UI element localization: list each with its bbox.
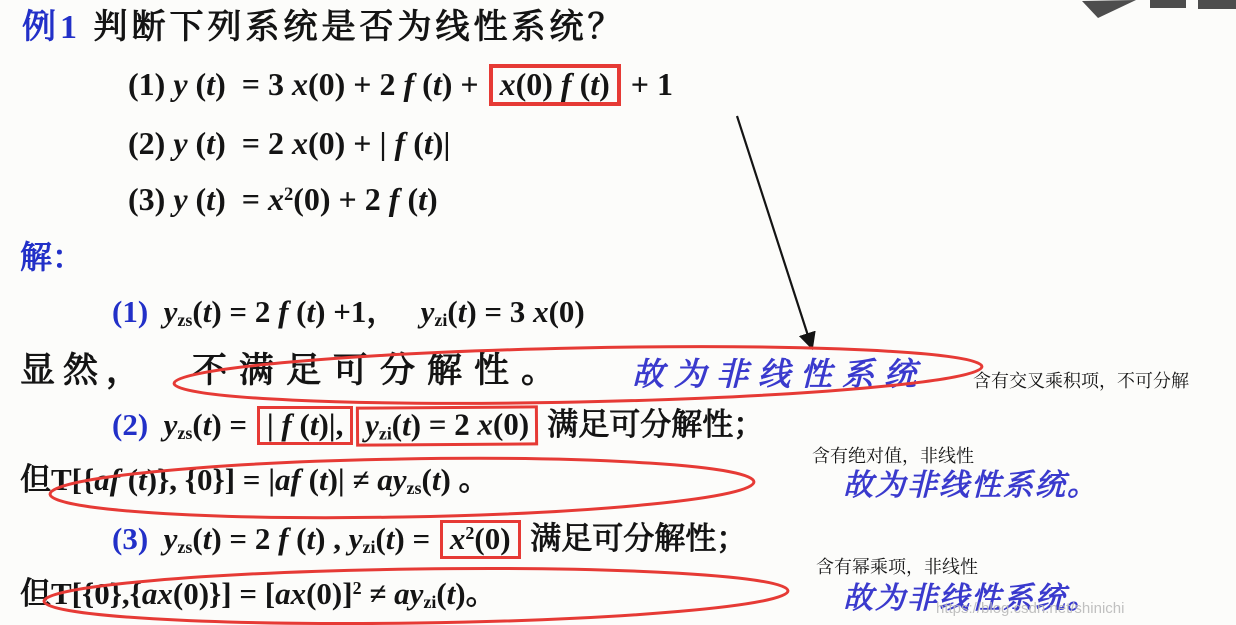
case3-equation-tail: 满足可分解性；: [523, 521, 748, 556]
case1-equation: (1) yzs(t) = 2 f (t) +1， yzi(t) = 3 x(0): [112, 295, 585, 330]
red-box-zero-input-response: yzi(t) = 2 x(0): [356, 405, 538, 446]
case1-number: (1): [112, 294, 148, 329]
case3-equation-pre: yzs(t) = 2 f (t) , yzi(t) =: [164, 521, 438, 556]
equation-2-body: y (t) = 2 x(0) + | f (t)|: [173, 125, 450, 161]
case2-but-line: 但T[{af (t)}, {0}] = |af (t)| ≠ ayzs(t) 。: [20, 463, 490, 498]
cropped-logo: [1082, 0, 1236, 18]
logo-bar-1: [1150, 0, 1186, 8]
equation-3-body: y (t) = x2(0) + 2 f (t): [173, 181, 437, 217]
case2-equation: (2) yzs(t) = | f (t)|,yzi(t) = 2 x(0) 满足…: [112, 406, 764, 446]
slide-title: 例1 判断下列系统是否为线性系统？: [22, 10, 626, 47]
case3-but-line: 但T[{0},{ax(0)}] = [ax(0)]2 ≠ ayzi(t)。: [20, 577, 497, 612]
case2-equation-pre: yzs(t) =: [164, 407, 255, 442]
equation-1: (1) y (t) = 3 x(0) + 2 f (t) + x(0) f (t…: [128, 64, 673, 106]
equation-3: (3) y (t) = x2(0) + 2 f (t): [128, 182, 438, 217]
case1-circled-text: 不满足可分解性。: [192, 352, 568, 390]
case3-but-word: 但: [20, 576, 51, 611]
case1-equation-body: yzs(t) = 2 f (t) +1， yzi(t) = 3 x(0): [164, 294, 585, 329]
case3-annotation: 含有幂乘项，非线性: [816, 558, 978, 578]
lecture-slide: 例1 判断下列系统是否为线性系统？ (1) y (t) = 3 x(0) + 2…: [0, 0, 1236, 625]
case1-annotation: 含有交叉乘积项，不可分解: [973, 372, 1189, 392]
equation-1-number: (1): [128, 66, 165, 102]
equation-1-pre: y (t) = 3 x(0) + 2 f (t) +: [173, 66, 486, 102]
case2-conclusion: 故为非线性系统。: [843, 470, 1099, 502]
case2-but-word: 但: [20, 462, 51, 497]
case2-equation-tail: 满足可分解性；: [539, 407, 764, 442]
squared-term: x2(0): [450, 521, 511, 556]
absolute-value-term: | f (t)|,: [267, 407, 344, 442]
red-box-cross-term: x(0) f (t): [489, 64, 621, 106]
red-box-absolute-value: | f (t)|,: [257, 406, 354, 445]
red-box-squared-term: x2(0): [440, 520, 521, 559]
case1-obviously: 显然，: [20, 352, 149, 390]
pointer-arrow: [737, 116, 812, 348]
case2-but-expression: T[{af (t)}, {0}] = |af (t)| ≠ ayzs(t) 。: [51, 462, 490, 497]
equation-2: (2) y (t) = 2 x(0) + | f (t)|: [128, 126, 450, 161]
logo-bar-2: [1198, 0, 1236, 9]
case3-number: (3): [112, 521, 148, 556]
case1-conclusion: 故为非线性系统: [632, 357, 926, 392]
cross-product-term: x(0) f (t): [500, 66, 610, 102]
case3-but-expression: T[{0},{ax(0)}] = [ax(0)]2 ≠ ayzi(t)。: [51, 576, 497, 611]
solution-label: 解：: [20, 240, 84, 275]
logo-triangle-icon: [1082, 0, 1136, 18]
case2-annotation: 含有绝对值，非线性: [812, 447, 974, 467]
watermark: https://blog.csdn.net/shinichi: [936, 601, 1124, 617]
zero-input-response-term: yzi(t) = 2 x(0): [365, 406, 529, 442]
case2-number: (2): [112, 407, 148, 442]
title-text: 判断下列系统是否为线性系统？: [94, 9, 626, 46]
example-tag: 例1: [22, 9, 81, 46]
equation-1-post: + 1: [623, 66, 673, 102]
equation-2-number: (2): [128, 125, 165, 161]
case3-equation: (3) yzs(t) = 2 f (t) , yzi(t) = x2(0) 满足…: [112, 520, 747, 559]
equation-3-number: (3): [128, 181, 165, 217]
